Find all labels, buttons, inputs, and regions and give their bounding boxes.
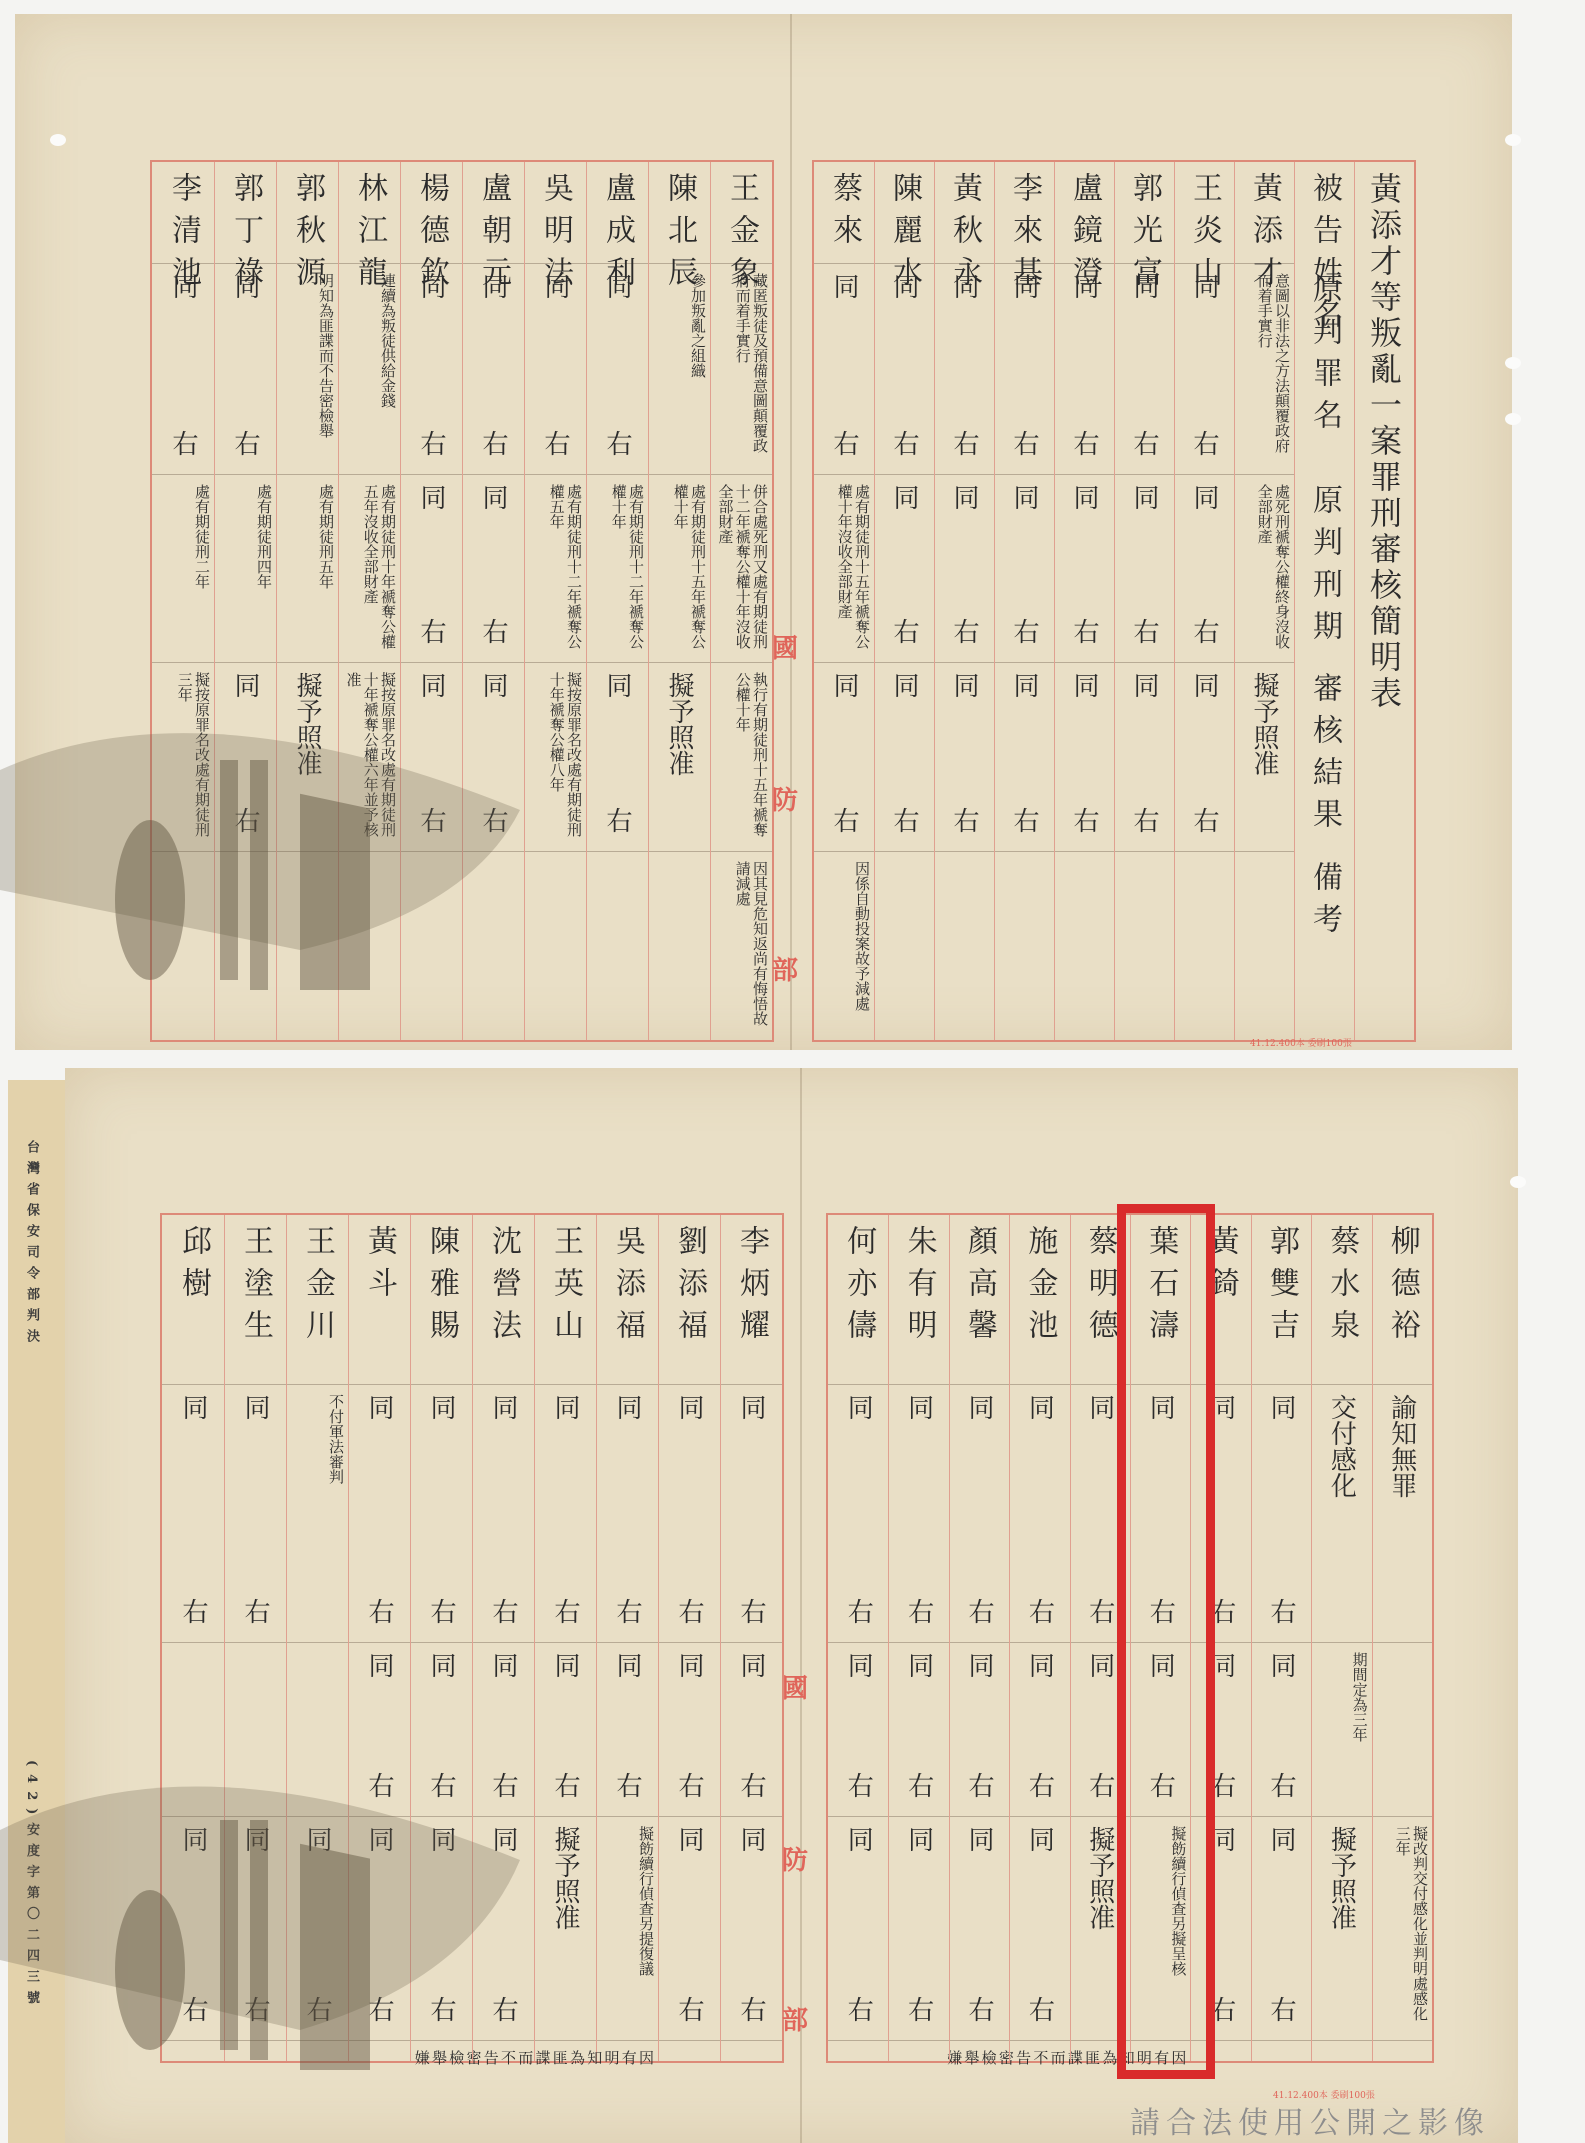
crime-text: 不付軍法審判: [290, 1394, 344, 1632]
crime-tail-text: 右: [1026, 1598, 1052, 1624]
sentence-text: 同: [490, 1652, 516, 1678]
defendant-name: 李炳耀: [736, 1225, 766, 1351]
sentence-text: 期間定為三年: [1315, 1652, 1367, 1805]
crime-tail-text: 右: [242, 1598, 268, 1624]
review-text: 擬改判交付感化並判明處感化三年: [1376, 1826, 1428, 2030]
defendant-name: 王英山: [550, 1225, 580, 1351]
column-header: 備考: [1309, 861, 1339, 945]
sentence-tail-text: 右: [906, 1772, 932, 1798]
defendant-name: 蔡水泉: [1326, 1225, 1356, 1351]
crime-tail-text: 右: [170, 430, 196, 456]
column-header: 原判刑期: [1309, 484, 1339, 652]
crime-text: 諭知無罪: [1389, 1394, 1415, 1498]
defendant-name: 劉添福: [674, 1225, 704, 1351]
review-text: 同: [1011, 672, 1037, 698]
column-header: 審核結果: [1309, 672, 1339, 840]
column-divider: [1070, 1215, 1071, 2061]
crime-tail-text: 右: [542, 430, 568, 456]
defendant-name: 沈營法: [488, 1225, 518, 1351]
sentence-tail-text: 右: [1071, 618, 1097, 644]
sentence-text: 同: [1268, 1652, 1294, 1678]
stamp-char: 部: [772, 950, 798, 987]
sentence-text: 同: [1071, 484, 1097, 510]
review-tail-text: 右: [951, 807, 977, 833]
crime-tail-text: 右: [552, 1598, 578, 1624]
crime-text: 連續為叛徒供給金錢: [342, 273, 396, 464]
crime-text: 同: [1026, 1394, 1052, 1420]
column-divider: [888, 1215, 889, 2061]
crime-tail-text: 右: [845, 1598, 871, 1624]
column-divider: [1294, 162, 1295, 1040]
column-divider: [1354, 162, 1355, 1040]
sentence-text: 同: [1131, 484, 1157, 510]
sentence-text: 同: [738, 1652, 764, 1678]
punch-hole: [50, 134, 66, 146]
sentence-text: 處有期徒刑十五年褫奪公權十年沒收全部財產: [818, 484, 870, 653]
remark-text: 因有明知為匪諜而不告密檢舉嫌: [600, 2050, 654, 2051]
column-divider: [648, 162, 649, 1040]
crime-tail-text: 右: [831, 430, 857, 456]
crime-tail-text: 右: [891, 430, 917, 456]
defendant-name: 蔡明德: [1085, 1225, 1115, 1351]
sentence-tail-text: 右: [951, 618, 977, 644]
defendant-name: 施金池: [1024, 1225, 1054, 1351]
defendant-name: 陳雅賜: [426, 1225, 456, 1351]
stamp-char: 國: [772, 628, 798, 665]
review-text: 同: [891, 672, 917, 698]
review-text: 執行有期徒刑十五年褫奪公權十年: [714, 672, 768, 841]
crime-text: 同: [906, 1394, 932, 1420]
review-text: 同: [966, 1826, 992, 1852]
sentence-text: 同: [1011, 484, 1037, 510]
sentence-text: 同: [1026, 1652, 1052, 1678]
crime-text: 同: [604, 273, 630, 299]
remark-text: 因係自動投案故予減處: [818, 861, 870, 1030]
defendant-name: 吳添福: [612, 1225, 642, 1351]
review-text: 擬予照准: [1328, 1826, 1354, 1930]
sentence-text: 處有期徒刑二年: [156, 484, 210, 653]
crime-text: 同: [242, 1394, 268, 1420]
review-tail-text: 右: [1071, 807, 1097, 833]
sentence-text: 併合處死刑又處有期徒刑十二年褫奪公權十年沒收全部財產: [714, 484, 768, 653]
crime-text: 同: [966, 1394, 992, 1420]
review-tail-text: 右: [676, 1996, 702, 2022]
sentence-text: 處有期徒刑十二年褫奪公權五年: [528, 484, 582, 653]
crime-tail-text: 右: [480, 430, 506, 456]
crime-text: 同: [552, 1394, 578, 1420]
crime-text: 藏匿叛徒及預備意圖顛覆政府而着手實行: [714, 273, 768, 464]
column-divider: [710, 162, 711, 1040]
column-divider: [1174, 162, 1175, 1040]
crime-tail-text: 右: [1087, 1598, 1113, 1624]
review-tail-text: 右: [831, 807, 857, 833]
crime-text: 同: [1087, 1394, 1113, 1420]
crime-tail-text: 右: [1268, 1598, 1294, 1624]
column-divider: [994, 162, 995, 1040]
column-divider: [1251, 1215, 1252, 2061]
crime-tail-text: 右: [966, 1598, 992, 1624]
sentence-text: 同: [676, 1652, 702, 1678]
crime-text: 同: [170, 273, 196, 299]
defendant-name: 郭雙吉: [1266, 1225, 1296, 1351]
center-fold: [790, 14, 792, 1050]
review-text: 同: [906, 1826, 932, 1852]
review-text: 擬飭續行偵查另提復議: [600, 1826, 654, 2030]
review-tail-text: 右: [1191, 807, 1217, 833]
sentence-text: 同: [480, 484, 506, 510]
review-text: 擬按原罪名改處有期徒刑十年褫奪公權八年: [528, 672, 582, 841]
crime-text: 同: [1011, 273, 1037, 299]
crime-text: 同: [428, 1394, 454, 1420]
column-divider: [586, 162, 587, 1040]
column-divider: [1114, 162, 1115, 1040]
crime-tail-text: 右: [418, 430, 444, 456]
crime-tail-text: 右: [614, 1598, 640, 1624]
defendant-name: 黃斗: [364, 1225, 394, 1309]
sentence-tail-text: 右: [480, 618, 506, 644]
crime-text: 同: [1131, 273, 1157, 299]
crime-tail-text: 右: [951, 430, 977, 456]
stamp-char: 國: [782, 1668, 808, 1705]
sentence-text: 同: [906, 1652, 932, 1678]
column-divider: [1372, 1215, 1373, 2061]
sentence-text: 同: [428, 1652, 454, 1678]
remark-text: 因其見危知返尚有悔悟故請減處: [714, 861, 768, 1030]
sentence-text: 同: [1191, 484, 1217, 510]
document-title: 黃添才等叛亂一案罪刑審核簡明表: [1368, 172, 1400, 712]
sentence-tail-text: 右: [891, 618, 917, 644]
crime-text: 同: [1191, 273, 1217, 299]
review-tail-text: 右: [1268, 1996, 1294, 2022]
highlight-box: [1117, 1204, 1215, 2079]
review-tail-text: 右: [1026, 1996, 1052, 2022]
crime-text: 同: [366, 1394, 392, 1420]
review-tail-text: 右: [845, 1996, 871, 2022]
crime-text: 同: [232, 273, 258, 299]
punch-hole: [1505, 413, 1521, 425]
sentence-text: 處有期徒刑五年: [280, 484, 334, 653]
column-divider: [1311, 1215, 1312, 2061]
crime-text: 同: [180, 1394, 206, 1420]
sentence-tail-text: 右: [966, 1772, 992, 1798]
stamp-char: 防: [782, 1840, 808, 1877]
crime-text: 同: [418, 273, 444, 299]
column-divider: [596, 1215, 597, 2061]
column-header: 原判罪名: [1309, 273, 1339, 441]
crime-text: 同: [480, 273, 506, 299]
crime-tail-text: 右: [604, 430, 630, 456]
review-text: 同: [604, 672, 630, 698]
sentence-tail-text: 右: [1131, 618, 1157, 644]
defendant-name: 朱有明: [904, 1225, 934, 1351]
sentence-text: 同: [418, 484, 444, 510]
defendant-name: 顏高馨: [964, 1225, 994, 1351]
review-text: 同: [738, 1826, 764, 1852]
sentence-tail-text: 右: [1268, 1772, 1294, 1798]
crime-tail-text: 右: [676, 1598, 702, 1624]
review-tail-text: 右: [906, 1996, 932, 2022]
sentence-tail-text: 右: [1191, 618, 1217, 644]
usage-watermark: 請合法使用公開之影像: [1130, 2098, 1490, 2142]
defendant-name: 邱樹: [178, 1225, 208, 1309]
crime-tail-text: 右: [428, 1598, 454, 1624]
crime-text: 同: [891, 273, 917, 299]
print-mark: 41.12.400本 委刷100張: [1250, 1036, 1352, 1049]
review-text: 同: [1071, 672, 1097, 698]
defendant-name: 何亦儔: [843, 1225, 873, 1351]
crime-tail-text: 右: [180, 1598, 206, 1624]
defendant-name: 蔡來: [829, 172, 859, 256]
review-tail-text: 右: [966, 1996, 992, 2022]
crime-text: 同: [951, 273, 977, 299]
review-text: 擬予照准: [666, 672, 692, 776]
sentence-text: 同: [891, 484, 917, 510]
crime-text: 同: [738, 1394, 764, 1420]
sentence-text: 同: [552, 1652, 578, 1678]
crime-tail-text: 右: [738, 1598, 764, 1624]
sentence-tail-text: 右: [418, 618, 444, 644]
crime-tail-text: 右: [366, 1598, 392, 1624]
column-divider: [1234, 162, 1235, 1040]
sentence-tail-text: 右: [1011, 618, 1037, 644]
sentence-tail-text: 右: [552, 1772, 578, 1798]
punch-hole: [1505, 134, 1521, 146]
crime-tail-text: 右: [906, 1598, 932, 1624]
sentence-text: 處有期徒刑十五年褫奪公權十年: [652, 484, 706, 653]
crime-text: 同: [1071, 273, 1097, 299]
defendant-name: 柳德裕: [1387, 1225, 1417, 1351]
review-tail-text: 右: [891, 807, 917, 833]
sentence-text: 同: [845, 1652, 871, 1678]
sentence-text: 處死刑褫奪公權終身沒收全部財產: [1238, 484, 1290, 653]
column-divider: [524, 162, 525, 1040]
review-text: 同: [951, 672, 977, 698]
sentence-text: 同: [614, 1652, 640, 1678]
defendant-name: 王金川: [302, 1225, 332, 1351]
review-text: 同: [1131, 672, 1157, 698]
crime-text: 同: [1268, 1394, 1294, 1420]
archive-logo-icon: [0, 1740, 520, 2070]
column-divider: [934, 162, 935, 1040]
sentence-text: 處有期徒刑四年: [218, 484, 272, 653]
column-divider: [720, 1215, 721, 2061]
sentence-tail-text: 右: [676, 1772, 702, 1798]
crime-tail-text: 右: [490, 1598, 516, 1624]
sentence-text: 處有期徒刑十年褫奪公權五年沒收全部財產: [342, 484, 396, 653]
crime-text: 同: [614, 1394, 640, 1420]
crime-tail-text: 右: [1011, 430, 1037, 456]
review-text: 擬予照准: [1087, 1826, 1113, 1930]
column-divider: [949, 1215, 950, 2061]
column-divider: [874, 162, 875, 1040]
crime-text: 同: [845, 1394, 871, 1420]
archive-logo-icon: [0, 690, 520, 990]
sentence-text: 同: [1087, 1652, 1113, 1678]
crime-text: 意圖以非法之方法顛覆政府而着手實行: [1238, 273, 1290, 464]
crime-text: 同: [490, 1394, 516, 1420]
crime-text: 參加叛亂之組織: [652, 273, 706, 464]
crime-text: 明知為匪諜而不告密檢舉: [280, 273, 334, 464]
crime-text: 同: [542, 273, 568, 299]
column-divider: [658, 1215, 659, 2061]
review-text: 擬予照准: [552, 1826, 578, 1930]
crime-tail-text: 右: [1131, 430, 1157, 456]
review-text: 同: [676, 1826, 702, 1852]
review-tail-text: 右: [604, 807, 630, 833]
crime-tail-text: 右: [1191, 430, 1217, 456]
review-text: 同: [1191, 672, 1217, 698]
review-tail-text: 右: [1131, 807, 1157, 833]
column-divider: [534, 1215, 535, 2061]
sentence-tail-text: 右: [845, 1772, 871, 1798]
sentence-tail-text: 右: [738, 1772, 764, 1798]
side-tab-text: 台灣省保安司令部判決: [22, 1140, 41, 1350]
sentence-text: 同: [966, 1652, 992, 1678]
crime-text: 同: [676, 1394, 702, 1420]
crime-tail-text: 右: [1071, 430, 1097, 456]
review-text: 同: [1026, 1826, 1052, 1852]
sentence-text: 同: [366, 1652, 392, 1678]
top-right-table: 黃添才等叛亂一案罪刑審核簡明表被告姓名原判罪名原判刑期審核結果備考黃添才意圖以非…: [812, 160, 1416, 1042]
center-fold: [800, 1068, 802, 2143]
sentence-text: 處有期徒刑十二年褫奪公權十年: [590, 484, 644, 653]
review-text: 擬予照准: [1251, 672, 1277, 776]
review-tail-text: 右: [1011, 807, 1037, 833]
crime-text: 交付感化: [1328, 1394, 1354, 1498]
crime-tail-text: 右: [232, 430, 258, 456]
column-divider: [1009, 1215, 1010, 2061]
review-text: 同: [831, 672, 857, 698]
sentence-tail-text: 右: [1026, 1772, 1052, 1798]
stamp-char: 防: [772, 780, 798, 817]
column-divider: [1054, 162, 1055, 1040]
punch-hole: [1510, 1176, 1526, 1188]
sentence-text: 同: [951, 484, 977, 510]
sentence-tail-text: 右: [1087, 1772, 1113, 1798]
crime-text: 同: [831, 273, 857, 299]
sentence-tail-text: 右: [614, 1772, 640, 1798]
review-tail-text: 右: [738, 1996, 764, 2022]
defendant-name: 王塗生: [240, 1225, 270, 1351]
review-text: 同: [845, 1826, 871, 1852]
stamp-char: 部: [782, 2000, 808, 2037]
punch-hole: [1505, 357, 1521, 369]
review-text: 同: [1268, 1826, 1294, 1852]
